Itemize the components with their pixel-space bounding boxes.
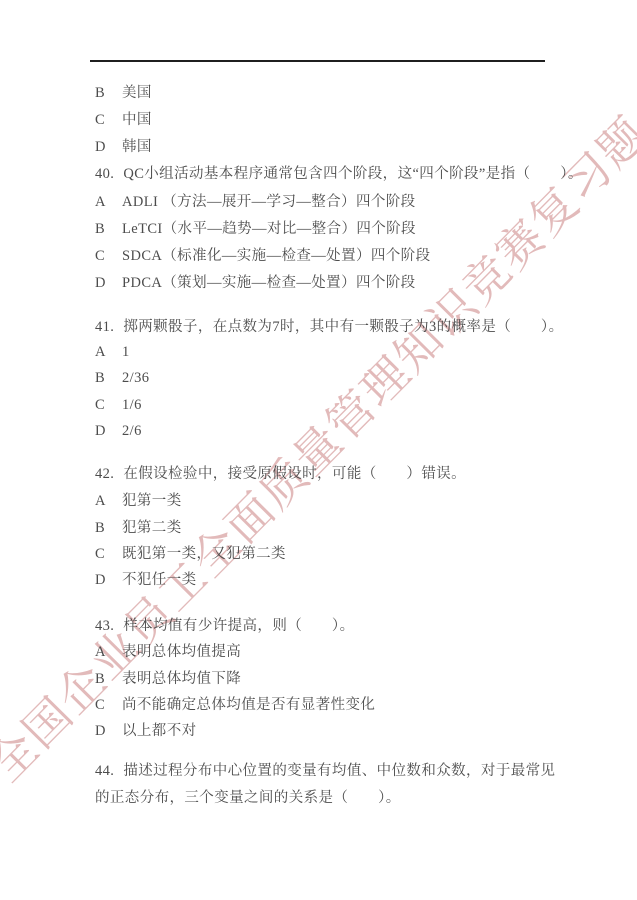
option-text: 2/6 bbox=[122, 423, 142, 439]
option-letter: C bbox=[95, 695, 122, 715]
option-row: B犯第二类 bbox=[95, 518, 182, 538]
question-row-43: 43.样本均值有少许提高，则（ ）。 bbox=[95, 616, 354, 636]
question-number: 43. bbox=[95, 616, 114, 636]
option-row: C既犯第一类，又犯第二类 bbox=[95, 544, 286, 564]
option-letter: A bbox=[95, 342, 122, 362]
question-number: 44. bbox=[95, 758, 114, 785]
option-text: 表明总体均值提高 bbox=[122, 644, 241, 660]
option-letter: D bbox=[95, 273, 122, 293]
option-text: SDCA（标准化—实施—检查—处置）四个阶段 bbox=[122, 248, 430, 264]
option-row: B表明总体均值下降 bbox=[95, 669, 241, 689]
option-row: C1/6 bbox=[95, 395, 142, 415]
option-text: ADLI （方法—展开—学习—整合）四个阶段 bbox=[122, 194, 416, 210]
option-letter: A bbox=[95, 642, 122, 662]
question-text: 描述过程分布中心位置的变量有均值、中位数和众数，对于最常见的正态分布，三个变量之… bbox=[95, 763, 555, 806]
question-row-41: 41.掷两颗骰子，在点数为7时，其中有一颗骰子为3的概率是（ ）。 bbox=[95, 317, 563, 337]
option-row: AADLI （方法—展开—学习—整合）四个阶段 bbox=[95, 192, 416, 212]
option-row: C尚不能确定总体均值是否有显著性变化 bbox=[95, 695, 375, 715]
option-letter: D bbox=[95, 137, 122, 157]
question-text: 在假设检验中，接受原假设时，可能（ ）错误。 bbox=[123, 466, 466, 482]
option-text: 表明总体均值下降 bbox=[122, 671, 241, 687]
option-text: 2/36 bbox=[122, 370, 149, 386]
option-row: B美国 bbox=[95, 83, 152, 103]
option-letter: C bbox=[95, 110, 122, 130]
option-letter: B bbox=[95, 669, 122, 689]
option-letter: B bbox=[95, 518, 122, 538]
option-letter: D bbox=[95, 421, 122, 441]
option-letter: C bbox=[95, 246, 122, 266]
option-row: A犯第一类 bbox=[95, 491, 182, 511]
option-text: 美国 bbox=[122, 85, 152, 101]
option-text: 既犯第一类，又犯第二类 bbox=[122, 546, 286, 562]
question-row-42: 42.在假设检验中，接受原假设时，可能（ ）错误。 bbox=[95, 464, 466, 484]
question-text: 掷两颗骰子，在点数为7时，其中有一颗骰子为3的概率是（ ）。 bbox=[123, 319, 563, 335]
option-row: DPDCA（策划—实施—检查—处置）四个阶段 bbox=[95, 273, 416, 293]
horizontal-rule bbox=[90, 60, 545, 62]
option-row: A表明总体均值提高 bbox=[95, 642, 241, 662]
option-letter: B bbox=[95, 83, 122, 103]
option-text: 中国 bbox=[122, 112, 152, 128]
option-text: LeTCI（水平—趋势—对比—整合）四个阶段 bbox=[122, 221, 416, 237]
option-letter: A bbox=[95, 192, 122, 212]
option-text: 犯第二类 bbox=[122, 520, 182, 536]
option-text: 尚不能确定总体均值是否有显著性变化 bbox=[122, 697, 375, 713]
question-text: 样本均值有少许提高，则（ ）。 bbox=[123, 618, 354, 634]
option-row: B2/36 bbox=[95, 368, 149, 388]
option-letter: C bbox=[95, 395, 122, 415]
option-text: 不犯任一类 bbox=[122, 572, 197, 588]
option-text: 韩国 bbox=[122, 139, 152, 155]
option-text: PDCA（策划—实施—检查—处置）四个阶段 bbox=[122, 275, 416, 291]
option-letter: C bbox=[95, 544, 122, 564]
option-row: D不犯任一类 bbox=[95, 570, 197, 590]
option-text: 1 bbox=[122, 344, 130, 360]
question-row-44: 44.描述过程分布中心位置的变量有均值、中位数和众数，对于最常见的正态分布，三个… bbox=[95, 758, 557, 812]
option-text: 犯第一类 bbox=[122, 493, 182, 509]
option-text: 以上都不对 bbox=[122, 723, 197, 739]
question-number: 42. bbox=[95, 464, 114, 484]
option-letter: B bbox=[95, 219, 122, 239]
option-row: D以上都不对 bbox=[95, 721, 197, 741]
option-letter: B bbox=[95, 368, 122, 388]
question-text: QC小组活动基本程序通常包含四个阶段，这“四个阶段”是指（ ）。 bbox=[123, 166, 582, 182]
option-row: BLeTCI（水平—趋势—对比—整合）四个阶段 bbox=[95, 219, 416, 239]
option-row: D韩国 bbox=[95, 137, 152, 157]
option-letter: D bbox=[95, 721, 122, 741]
option-row: D2/6 bbox=[95, 421, 142, 441]
question-row-40: 40.QC小组活动基本程序通常包含四个阶段，这“四个阶段”是指（ ）。 bbox=[95, 164, 583, 184]
option-row: C中国 bbox=[95, 110, 152, 130]
question-number: 40. bbox=[95, 164, 114, 184]
option-letter: A bbox=[95, 491, 122, 511]
option-letter: D bbox=[95, 570, 122, 590]
question-number: 41. bbox=[95, 317, 114, 337]
option-row: CSDCA（标准化—实施—检查—处置）四个阶段 bbox=[95, 246, 430, 266]
document-page: 全国企业员工全面质量管理知识竞赛复习题 B美国 C中国 D韩国 40.QC小组活… bbox=[0, 0, 637, 900]
option-row: A1 bbox=[95, 342, 130, 362]
option-text: 1/6 bbox=[122, 397, 142, 413]
